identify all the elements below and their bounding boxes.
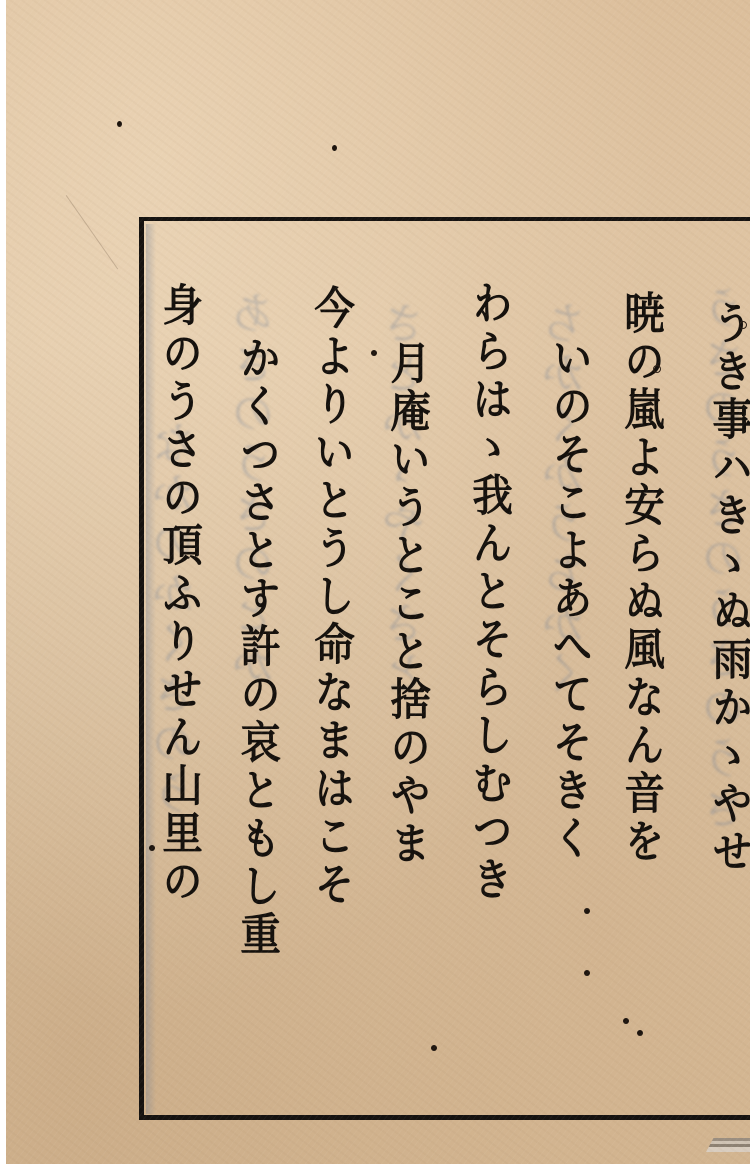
punctuation-dot [623, 1018, 629, 1024]
wormhole-mark [117, 121, 122, 127]
punctuation-dot [431, 1045, 437, 1051]
adjacent-page-edge [706, 1138, 750, 1152]
annotation-circle [653, 365, 661, 373]
text-column-3: いのそこよあへてそきく [548, 335, 588, 863]
punctuation-dot [584, 908, 590, 914]
punctuation-dot [584, 970, 590, 976]
punctuation-dot [637, 1030, 643, 1036]
punctuation-dot [371, 350, 377, 356]
text-column-4: わらはゝ我んとそらしむつき [468, 280, 508, 904]
text-column-2: 暁の嵐よ安らぬ風なん音を [620, 290, 660, 866]
text-column-1: うき事ハきゝぬ雨かゝやせ [708, 300, 748, 876]
punctuation-dot [149, 845, 155, 851]
text-column-5: 月庵いうとこと捨のやま [386, 340, 426, 868]
text-column-8: 身のうさの頂ふりせん山里の [158, 282, 198, 906]
text-column-6: 今よりいとうし命なまはこそ [310, 285, 350, 909]
book-page: うさのうさのうさのうさ ちかくかうちかく さとかゝやくさと あさのうさのとか な… [6, 0, 750, 1164]
annotation-circle [739, 321, 747, 329]
text-column-7: かくつさとす許の哀ともし重 [236, 335, 276, 959]
wormhole-mark [332, 145, 337, 151]
